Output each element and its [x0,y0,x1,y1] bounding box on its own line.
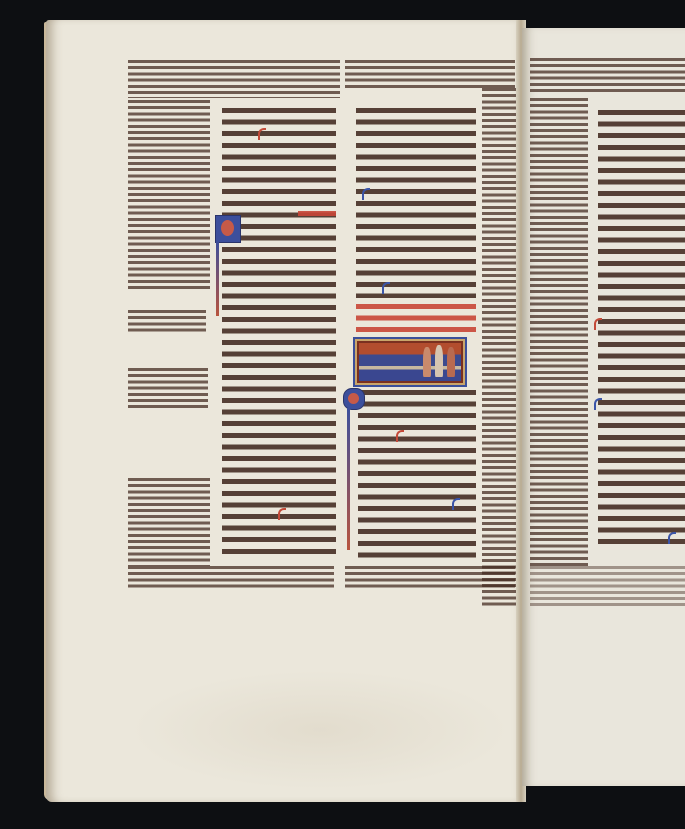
illuminated-initial [215,215,241,243]
right-page-margin-gloss [530,98,588,568]
paragraph-mark [396,430,404,442]
paragraph-mark [594,398,602,410]
paragraph-mark [362,188,370,200]
bottom-gloss-right [345,566,515,588]
right-page-top-gloss [530,58,685,94]
paragraph-mark [258,128,266,140]
miniature-illustration [353,337,467,387]
main-text-column-1 [222,108,336,554]
paragraph-mark [594,318,602,330]
paragraph-mark [452,498,460,510]
main-text-column-2-lower [358,390,476,558]
initial-inner [221,220,234,236]
top-gloss-left [128,60,340,98]
left-margin-gloss-4 [128,478,210,566]
figure [435,345,443,377]
main-text-column-2 [356,108,476,298]
top-gloss-middle [345,60,515,90]
right-page-main-text [598,110,685,550]
rubric-line [298,211,336,217]
paragraph-mark [278,508,286,520]
figure [447,347,455,377]
bottom-gloss-left [128,566,334,588]
right-page-bottom-gloss [530,566,685,606]
left-margin-gloss-1 [128,100,210,290]
parchment-stain [130,670,510,790]
paragraph-mark [382,282,390,294]
miniature-scene [359,343,461,381]
rubric-heading [356,304,476,332]
initial-flourish [347,408,350,550]
illuminated-initial [343,388,365,410]
right-margin-gloss [482,88,516,608]
left-margin-gloss-2 [128,310,206,332]
left-margin-gloss-3 [128,368,208,408]
paragraph-mark [668,532,676,544]
figure [423,347,431,377]
initial-flourish [216,241,219,316]
initial-inner [348,393,359,404]
